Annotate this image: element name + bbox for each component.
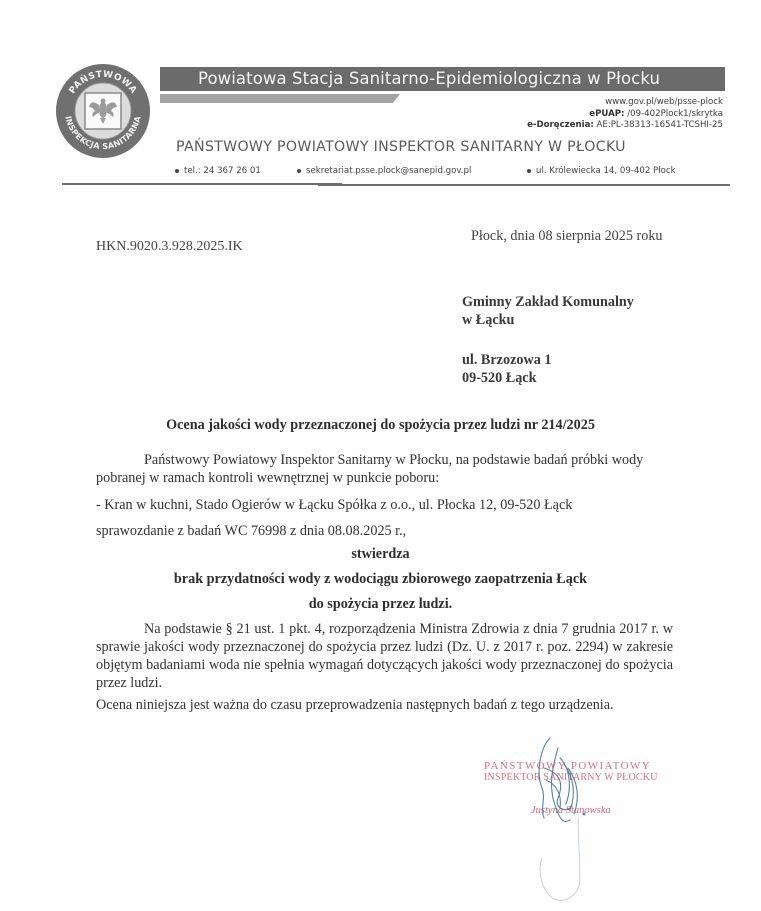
- header-divider-right: [318, 184, 730, 186]
- recipient-locality: w Łącku: [462, 311, 634, 329]
- legal-basis-paragraph: Na podstawie § 21 ust. 1 pkt. 4, rozporz…: [96, 620, 673, 692]
- institution-name: Powiatowa Stacja Sanitarno-Epidemiologic…: [198, 69, 660, 88]
- recipient-street: ul. Brzozowa 1: [462, 351, 634, 369]
- website-link[interactable]: www.gov.pl/web/psse-plock: [527, 97, 723, 109]
- phone-contact: tel.: 24 367 26 01: [175, 166, 261, 176]
- reference-number: HKN.9020.3.928.2025.IK: [96, 239, 243, 255]
- address-contact: ul. Królewiecka 14, 09-402 Płock: [527, 166, 676, 176]
- contact-block-right: www.gov.pl/web/psse-plock ePUAP: /09-402…: [527, 97, 723, 132]
- bullet-icon: [175, 169, 179, 173]
- psse-logo: PAŃSTWOWA INSPEKCJA SANITARNA: [55, 63, 151, 159]
- recipient-name: Gminny Zakład Komunalny: [462, 293, 634, 311]
- place-date: Płock, dnia 08 sierpnia 2025 roku: [471, 228, 663, 245]
- institution-name-banner: Powiatowa Stacja Sanitarno-Epidemiologic…: [160, 67, 725, 91]
- banner-stripe-decoration: [160, 94, 400, 103]
- handwritten-signature-icon: [500, 728, 620, 908]
- edoreczenia-line: e-Doręczenia: AE:PL-38313-16541-TCSHI-25: [527, 120, 723, 132]
- polish-eagle-emblem-icon: PAŃSTWOWA INSPEKCJA SANITARNA: [55, 63, 151, 159]
- email-contact[interactable]: sekretariat.psse.plock@sanepid.gov.pl: [297, 166, 471, 176]
- inspector-title: PAŃSTWOWY POWIATOWY INSPEKTOR SANITARNY …: [176, 139, 626, 155]
- intro-paragraph: Państwowy Powiatowy Inspektor Sanitarny …: [96, 451, 670, 487]
- epuap-line: ePUAP: /09-402Plock1/skrytka: [527, 109, 723, 121]
- validity-note: Ocena niniejsza jest ważna do czasu prze…: [96, 696, 736, 714]
- finding-line-2: do spożycia przez ludzi.: [0, 596, 761, 613]
- bullet-icon: [527, 169, 531, 173]
- report-reference: sprawozdanie z badań WC 76998 z dnia 08.…: [96, 522, 676, 540]
- document-title: Ocena jakości wody przeznaczonej do spoż…: [0, 417, 761, 434]
- recipient-address: Gminny Zakład Komunalny w Łącku ul. Brzo…: [462, 293, 634, 387]
- bullet-icon: [297, 169, 301, 173]
- finding-line-1: brak przydatności wody z wodociągu zbior…: [0, 571, 761, 588]
- header-divider-left: [62, 183, 342, 185]
- finding-verb: stwierdza: [0, 546, 761, 563]
- recipient-postal-city: 09-520 Łąck: [462, 369, 634, 387]
- sampling-point: - Kran w kuchni, Stado Ogierów w Łącku S…: [96, 496, 676, 514]
